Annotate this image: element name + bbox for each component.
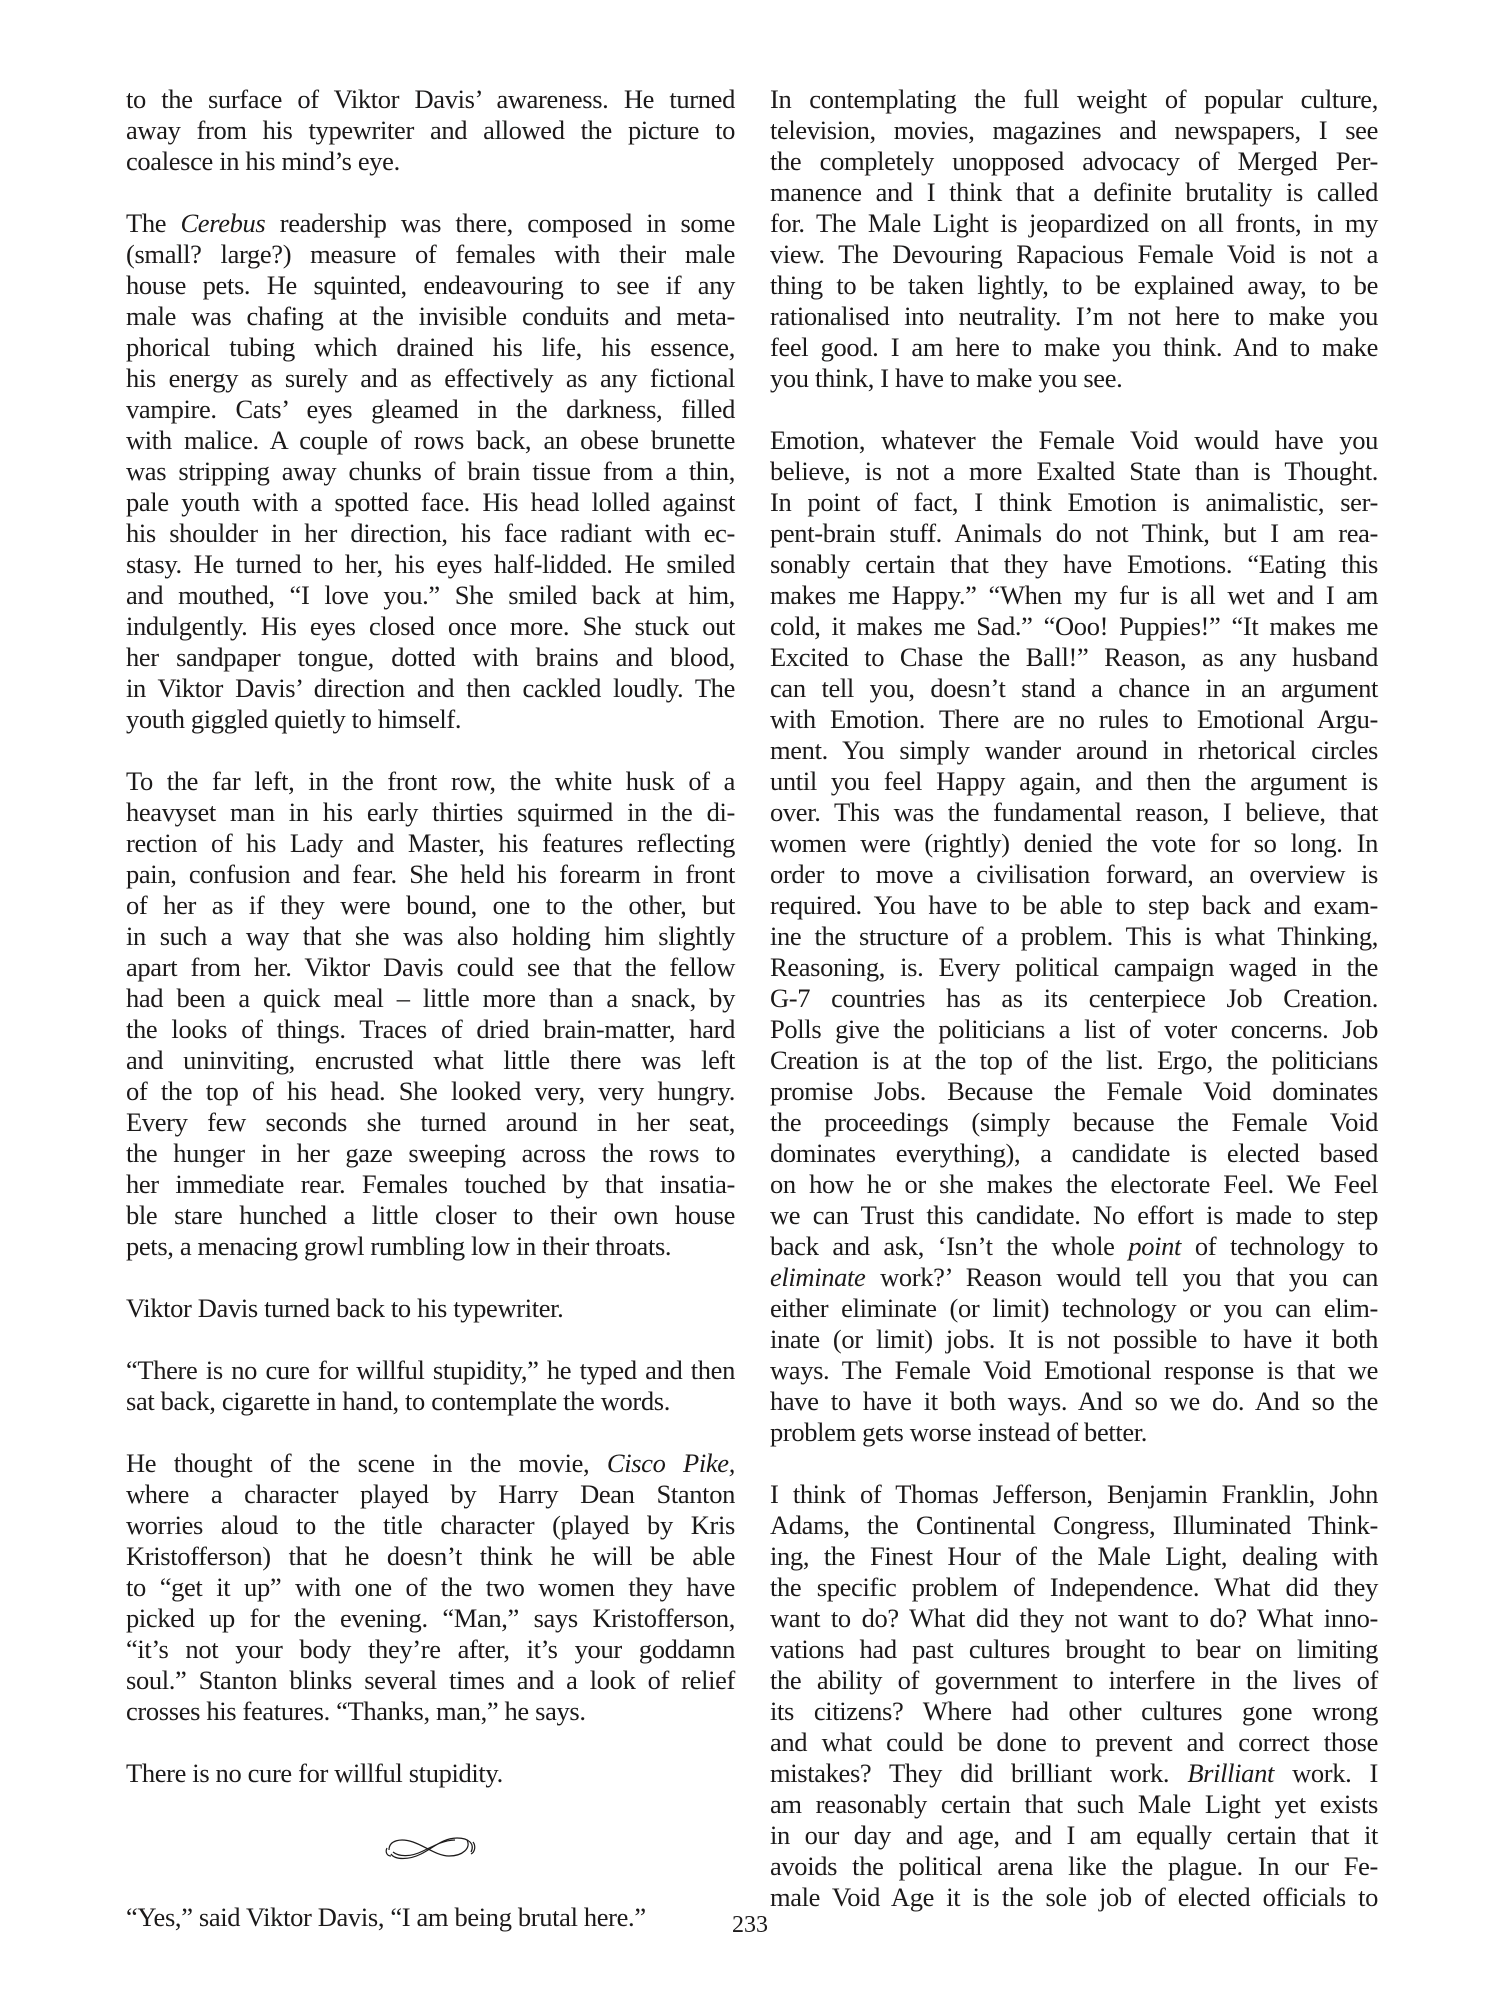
text-line: ways. The Female Void Emotional response… <box>770 1355 1378 1386</box>
italic-title: point <box>1128 1231 1181 1261</box>
text-line: women were (rightly) denied the vote for… <box>770 828 1378 859</box>
right-column: In contemplating the full weight of popu… <box>770 84 1378 1944</box>
text-line: rection of his Lady and Master, his feat… <box>126 828 735 859</box>
text-line: her immediate rear. Females touched by t… <box>126 1169 735 1200</box>
paragraph: He thought of the scene in the movie, Ci… <box>126 1448 735 1727</box>
text-line: in Viktor Davis’ direction and then cack… <box>126 673 735 704</box>
text-line: ment. You simply wander around in rhetor… <box>770 735 1378 766</box>
text-line: either eliminate (or limit) technology o… <box>770 1293 1378 1324</box>
left-column: to the surface of Viktor Davis’ awarenes… <box>126 84 735 1933</box>
text-line: was stripping away chunks of brain tissu… <box>126 456 735 487</box>
text-line: crosses his features. “Thanks, man,” he … <box>126 1696 735 1727</box>
paragraph: In contemplating the full weight of popu… <box>770 84 1378 394</box>
text-line: Polls give the politicians a list of vot… <box>770 1014 1378 1045</box>
italic-title: eliminate <box>770 1262 865 1292</box>
text-line: G-7 countries has as its centerpiece Job… <box>770 983 1378 1014</box>
text-line: Viktor Davis turned back to his typewrit… <box>126 1293 735 1324</box>
book-page: to the surface of Viktor Davis’ awarenes… <box>0 0 1500 2000</box>
text-line: feel good. I am here to make you think. … <box>770 332 1378 363</box>
text-line: youth giggled quietly to himself. <box>126 704 735 735</box>
text-line: ing, the Finest Hour of the Male Light, … <box>770 1541 1378 1572</box>
text-line: the specific problem of Independence. Wh… <box>770 1572 1378 1603</box>
text-line: on how he or she makes the electorate Fe… <box>770 1169 1378 1200</box>
text-line: (small? large?) measure of females with … <box>126 239 735 270</box>
text-line: Emotion, whatever the Female Void would … <box>770 425 1378 456</box>
text-line: with malice. A couple of rows back, an o… <box>126 425 735 456</box>
text-line: order to move a civilisation forward, an… <box>770 859 1378 890</box>
text-line: apart from her. Viktor Davis could see t… <box>126 952 735 983</box>
text-line: cold, it makes me Sad.” “Ooo! Puppies!” … <box>770 611 1378 642</box>
text-line: her sandpaper tongue, dotted with brains… <box>126 642 735 673</box>
text-line: am reasonably certain that such Male Lig… <box>770 1789 1378 1820</box>
text-line: in such a way that she was also holding … <box>126 921 735 952</box>
text-line: for. The Male Light is jeopardized on al… <box>770 208 1378 239</box>
text-line: Kristofferson) that he doesn’t think he … <box>126 1541 735 1572</box>
text-line: rationalised into neutrality. I’m not he… <box>770 301 1378 332</box>
text-line: worries aloud to the title character (pl… <box>126 1510 735 1541</box>
text-line: stasy. He turned to her, his eyes half-l… <box>126 549 735 580</box>
text-line: male was chafing at the invisible condui… <box>126 301 735 332</box>
text-line: pale youth with a spotted face. His head… <box>126 487 735 518</box>
text-line: sonably certain that they have Emotions.… <box>770 549 1378 580</box>
text-line: vations had past cultures brought to bea… <box>770 1634 1378 1665</box>
text-line: coalesce in his mind’s eye. <box>126 146 735 177</box>
text-line: inate (or limit) jobs. It is not possibl… <box>770 1324 1378 1355</box>
italic-title: Cerebus <box>180 208 265 238</box>
text-line: and mouthed, “I love you.” She smiled ba… <box>126 580 735 611</box>
text-line: house pets. He squinted, endeavouring to… <box>126 270 735 301</box>
text-line: male Void Age it is the sole job of elec… <box>770 1882 1378 1913</box>
text-line: manence and I think that a definite brut… <box>770 177 1378 208</box>
text-line: There is no cure for willful stupidity. <box>126 1758 735 1789</box>
text-line: Every few seconds she turned around in h… <box>126 1107 735 1138</box>
text-line: sat back, cigarette in hand, to contempl… <box>126 1386 735 1417</box>
text-line: television, movies, magazines and newspa… <box>770 115 1378 146</box>
text-line: The Cerebus readership was there, compos… <box>126 208 735 239</box>
paragraph: Viktor Davis turned back to his typewrit… <box>126 1293 735 1324</box>
text-line: ine the structure of a problem. This is … <box>770 921 1378 952</box>
text-line: can tell you, doesn’t stand a chance in … <box>770 673 1378 704</box>
text-line: pain, confusion and fear. She held his f… <box>126 859 735 890</box>
text-line: and uninviting, encrusted what little th… <box>126 1045 735 1076</box>
text-line: believe, is not a more Exalted State tha… <box>770 456 1378 487</box>
text-line: the completely unopposed advocacy of Mer… <box>770 146 1378 177</box>
paragraph: I think of Thomas Jefferson, Benjamin Fr… <box>770 1479 1378 1913</box>
paragraph: There is no cure for willful stupidity. <box>126 1758 735 1789</box>
text-line: Reasoning, is. Every political campaign … <box>770 952 1378 983</box>
italic-title: Brilliant <box>1187 1758 1274 1788</box>
text-line: his energy as surely and as effectively … <box>126 363 735 394</box>
text-line: the ability of government to interfere i… <box>770 1665 1378 1696</box>
text-line: makes me Happy.” “When my fur is all wet… <box>770 580 1378 611</box>
text-line: I think of Thomas Jefferson, Benjamin Fr… <box>770 1479 1378 1510</box>
text-line: to the surface of Viktor Davis’ awarenes… <box>126 84 735 115</box>
text-line: “it’s not your body they’re after, it’s … <box>126 1634 735 1665</box>
text-line: of her as if they were bound, one to the… <box>126 890 735 921</box>
text-line: ble stare hunched a little closer to the… <box>126 1200 735 1231</box>
text-line: promise Jobs. Because the Female Void do… <box>770 1076 1378 1107</box>
text-line: dominates everything), a candidate is el… <box>770 1138 1378 1169</box>
text-line: eliminate work?’ Reason would tell you t… <box>770 1262 1378 1293</box>
text-line: mistakes? They did brilliant work. Brill… <box>770 1758 1378 1789</box>
paragraph: The Cerebus readership was there, compos… <box>126 208 735 735</box>
text-line: want to do? What did they not want to do… <box>770 1603 1378 1634</box>
text-line: picked up for the evening. “Man,” says K… <box>126 1603 735 1634</box>
text-line: had been a quick meal – little more than… <box>126 983 735 1014</box>
text-line: we can Trust this candidate. No effort i… <box>770 1200 1378 1231</box>
flourish-ornament-icon <box>126 1820 735 1882</box>
text-line: pets, a menacing growl rumbling low in t… <box>126 1231 735 1262</box>
text-line: “There is no cure for willful stupidity,… <box>126 1355 735 1386</box>
text-line: He thought of the scene in the movie, Ci… <box>126 1448 735 1479</box>
paragraph: to the surface of Viktor Davis’ awarenes… <box>126 84 735 177</box>
text-line: heavyset man in his early thirties squir… <box>126 797 735 828</box>
paragraph: Emotion, whatever the Female Void would … <box>770 425 1378 1448</box>
text-line: where a character played by Harry Dean S… <box>126 1479 735 1510</box>
text-line: required. You have to be able to step ba… <box>770 890 1378 921</box>
paragraph: “There is no cure for willful stupidity,… <box>126 1355 735 1417</box>
text-line: phorical tubing which drained his life, … <box>126 332 735 363</box>
text-line: in our day and age, and I am equally cer… <box>770 1820 1378 1851</box>
text-line: avoids the political arena like the plag… <box>770 1851 1378 1882</box>
text-line: its citizens? Where had other cultures g… <box>770 1696 1378 1727</box>
italic-title: Cisco Pike, <box>607 1448 735 1478</box>
text-line: with Emotion. There are no rules to Emot… <box>770 704 1378 735</box>
text-line: of the top of his head. She looked very,… <box>126 1076 735 1107</box>
text-line: Adams, the Continental Congress, Illumin… <box>770 1510 1378 1541</box>
text-line: Excited to Chase the Ball!” Reason, as a… <box>770 642 1378 673</box>
text-line: In point of fact, I think Emotion is ani… <box>770 487 1378 518</box>
text-line: Creation is at the top of the list. Ergo… <box>770 1045 1378 1076</box>
text-line: indulgently. His eyes closed once more. … <box>126 611 735 642</box>
text-line: back and ask, ‘Isn’t the whole point of … <box>770 1231 1378 1262</box>
text-line: vampire. Cats’ eyes gleamed in the darkn… <box>126 394 735 425</box>
text-line: soul.” Stanton blinks several times and … <box>126 1665 735 1696</box>
text-line: and what could be done to prevent and co… <box>770 1727 1378 1758</box>
text-line: have to have it both ways. And so we do.… <box>770 1386 1378 1417</box>
text-line: To the far left, in the front row, the w… <box>126 766 735 797</box>
text-line: the looks of things. Traces of dried bra… <box>126 1014 735 1045</box>
text-line: over. This was the fundamental reason, I… <box>770 797 1378 828</box>
paragraph: To the far left, in the front row, the w… <box>126 766 735 1262</box>
text-line: you think, I have to make you see. <box>770 363 1378 394</box>
text-line: the hunger in her gaze sweeping across t… <box>126 1138 735 1169</box>
text-line: In contemplating the full weight of popu… <box>770 84 1378 115</box>
text-line: until you feel Happy again, and then the… <box>770 766 1378 797</box>
text-line: away from his typewriter and allowed the… <box>126 115 735 146</box>
text-line: his shoulder in her direction, his face … <box>126 518 735 549</box>
text-line: view. The Devouring Rapacious Female Voi… <box>770 239 1378 270</box>
page-number: 233 <box>0 1912 1500 1939</box>
text-line: the proceedings (simply because the Fema… <box>770 1107 1378 1138</box>
text-line: to “get it up” with one of the two women… <box>126 1572 735 1603</box>
text-line: thing to be taken lightly, to be explain… <box>770 270 1378 301</box>
text-line: pent-brain stuff. Animals do not Think, … <box>770 518 1378 549</box>
text-line: problem gets worse instead of better. <box>770 1417 1378 1448</box>
